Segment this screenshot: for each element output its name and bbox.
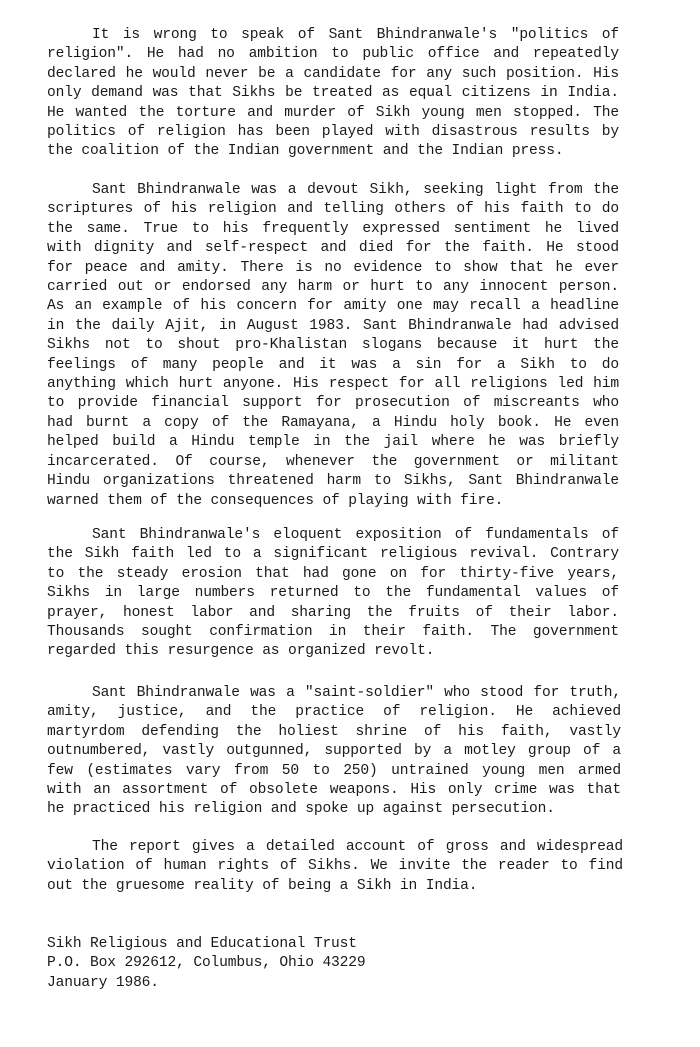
text-line: martyrdom defending the holiest shrine o… xyxy=(47,723,621,742)
text-line: only demand was that Sikhs be treated as… xyxy=(47,84,619,103)
text-line: Hindu organizations threatened harm to S… xyxy=(47,472,619,491)
paragraph-religious-revival: Sant Bhindranwale's eloquent exposition … xyxy=(47,526,619,662)
signature-organization: Sikh Religious and Educational Trust xyxy=(47,935,365,954)
text-line: feelings of many people and it was a sin… xyxy=(47,356,619,375)
text-line: outnumbered, vastly outgunned, supported… xyxy=(47,742,621,761)
text-line: for peace and amity. There is no evidenc… xyxy=(47,259,619,278)
paragraph-report-summary: The report gives a detailed account of g… xyxy=(47,838,623,896)
text-line: The report gives a detailed account of g… xyxy=(47,838,623,857)
text-line: incarcerated. Of course, whenever the go… xyxy=(47,453,619,472)
text-line: warned them of the consequences of playi… xyxy=(47,492,619,511)
signature-date: January 1986. xyxy=(47,974,365,993)
paragraph-saint-soldier: Sant Bhindranwale was a "saint-soldier" … xyxy=(47,684,621,820)
paragraph-devout-sikh: Sant Bhindranwale was a devout Sikh, see… xyxy=(47,181,619,511)
text-line: he practiced his religion and spoke up a… xyxy=(47,800,621,819)
text-line: amity, justice, and the practice of reli… xyxy=(47,703,621,722)
text-line: Sant Bhindranwale's eloquent exposition … xyxy=(47,526,619,545)
text-line: He wanted the torture and murder of Sikh… xyxy=(47,104,619,123)
text-line: carried out or endorsed any harm or hurt… xyxy=(47,278,619,297)
signature-address: P.O. Box 292612, Columbus, Ohio 43229 xyxy=(47,954,365,973)
text-line: declared he would never be a candidate f… xyxy=(47,65,619,84)
text-line: the Sikh faith led to a significant reli… xyxy=(47,545,619,564)
text-line: It is wrong to speak of Sant Bhindranwal… xyxy=(47,26,619,45)
text-line: the same. True to his frequently express… xyxy=(47,220,619,239)
text-line: Sant Bhindranwale was a devout Sikh, see… xyxy=(47,181,619,200)
text-line: Thousands sought confirmation in their f… xyxy=(47,623,619,642)
text-line: anything which hurt anyone. His respect … xyxy=(47,375,619,394)
signature-block: Sikh Religious and Educational Trust P.O… xyxy=(47,935,365,993)
text-line: helped build a Hindu temple in the jail … xyxy=(47,433,619,452)
text-line: religion". He had no ambition to public … xyxy=(47,45,619,64)
text-line: with dignity and self-respect and died f… xyxy=(47,239,619,258)
text-line: Sant Bhindranwale was a "saint-soldier" … xyxy=(47,684,621,703)
text-line: scriptures of his religion and telling o… xyxy=(47,200,619,219)
text-line: the coalition of the Indian government a… xyxy=(47,142,619,161)
text-line: Sikhs not to shout pro-Khalistan slogans… xyxy=(47,336,619,355)
text-line: As an example of his concern for amity o… xyxy=(47,297,619,316)
text-line: to provide financial support for prosecu… xyxy=(47,394,619,413)
text-line: few (estimates vary from 50 to 250) untr… xyxy=(47,762,621,781)
text-line: in the daily Ajit, in August 1983. Sant … xyxy=(47,317,619,336)
text-line: prayer, honest labor and sharing the fru… xyxy=(47,604,619,623)
text-line: out the gruesome reality of being a Sikh… xyxy=(47,877,623,896)
text-line: regarded this resurgence as organized re… xyxy=(47,642,619,661)
text-line: violation of human rights of Sikhs. We i… xyxy=(47,857,623,876)
paragraph-politics-of-religion: It is wrong to speak of Sant Bhindranwal… xyxy=(47,26,619,162)
text-line: with an assortment of obsolete weapons. … xyxy=(47,781,621,800)
text-line: had burnt a copy of the Ramayana, a Hind… xyxy=(47,414,619,433)
text-line: politics of religion has been played wit… xyxy=(47,123,619,142)
text-line: to the steady erosion that had gone on f… xyxy=(47,565,619,584)
text-line: Sikhs in large numbers returned to the f… xyxy=(47,584,619,603)
